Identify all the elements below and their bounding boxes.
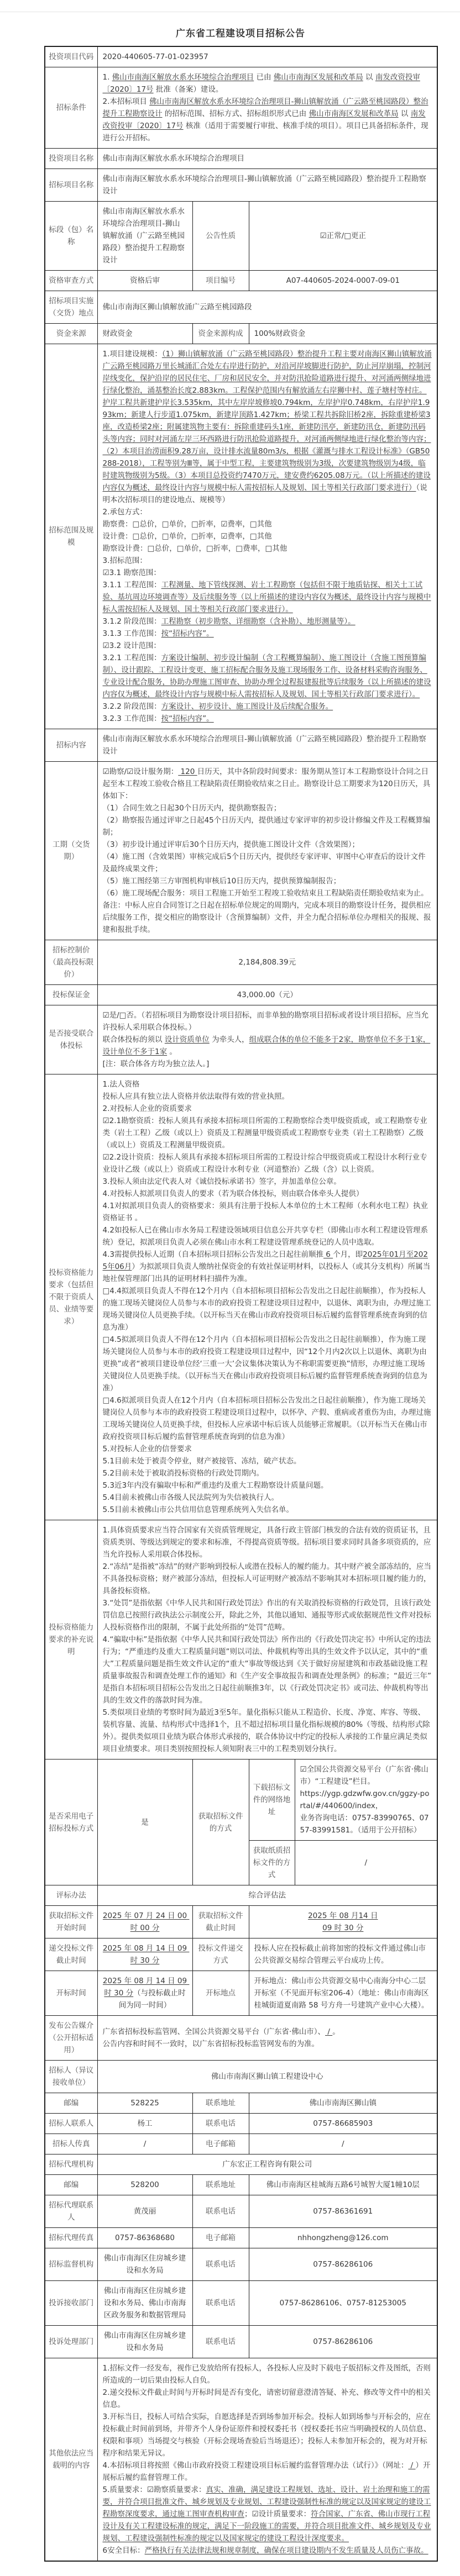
row-doc-obtain-time: 获取招标文件开始时间 2025 年 07 月 24 日 00 时 00 分 获取… [45,1906,437,1938]
tender-conditions-value: 1. 佛山市南海区解放水系水环境综合治理项目 已由 佛山市南海区发展和改革局 以… [97,67,437,149]
tenderer-zip-label: 邮编 [45,2093,97,2114]
electronic-bidding-label: 是否采用电子招标投标方式 [45,1760,97,1885]
tenderer-email-value: / [249,2134,437,2154]
bid-submission-deadline-value: 2025 年 08 月 14 日 09 时 30 分 [97,1938,192,1971]
fund-source-value: 财政资金 [97,324,192,344]
doc-obtain-start-value: 2025 年 07 月 24 日 00 时 00 分 [97,1906,192,1938]
tenderer-value: 佛山市南海区狮山镇工程建设中心 [97,2061,437,2093]
evaluation-method-label: 评标办法 [45,1885,97,1906]
bid-deposit-value: 43,000.00（元） [97,985,437,1005]
capability-supplement-label: 投标资格能力要求的补充说明 [45,1520,97,1760]
row-investment-code: 投资项目代码 2020-440605-77-01-023957 [45,46,437,67]
agency-email-value: nhhongzheng@126.com [249,2228,437,2248]
complaint-handling-phone-value: 0757-86286106 [249,2326,437,2358]
tender-conditions-label: 招标条件 [45,67,97,149]
agency-value: 广东宏正工程咨询有限公司 [97,2154,437,2175]
delivery-location-value: 佛山市南海区狮山镇解放涌广云路至桃园路段 [97,291,437,324]
row-tenderer: 招标人（异议接收单位） 佛山市南海区狮山镇工程建设中心 [45,2061,437,2093]
duration-value: ☑勘察/☑设计服务期： 120 日历天，其中各阶段时间要求：服务期从签订本工程勘… [97,762,437,940]
agency-contact-label: 招标代理联系人 [45,2195,97,2228]
announcement-media-value: 广东省招标投标监管网、全国公共资源交易平台（广东省·佛山市）、 / 。 公告内容… [97,2016,437,2061]
section-name-label: 标段（包）名称 [45,202,97,271]
tenderer-address-label: 联系地址 [192,2093,249,2114]
row-supervisor: 招标监督机构 佛山市南海区住房城乡建设和水务局 联系电话 0757-862861… [45,2248,437,2281]
price-ceiling-value: 2,184,808.39元 [97,940,437,985]
duration-label: 工期（交货期） [45,762,97,940]
bid-submission-deadline-label: 递交投标文件截止时间 [45,1938,97,1971]
complaint-receiving-phone-value: 0757-86286106、0757-81253005 [249,2281,437,2326]
tenderer-address-value: 佛山市南海区狮山镇 [249,2093,437,2114]
tender-scope-value: 1.项目建设规模：（1）狮山镇解放涌（广云路至桃园路段）整治提升工程主要对南海区… [97,344,437,729]
agency-fax-value: 0757-86368680 [97,2228,192,2248]
tenderer-fax-label: 招标人传真 [45,2134,97,2154]
complaint-handling-phone-label: 联系电话 [192,2326,249,2358]
evaluation-method-value: 综合评估法 [97,1885,437,1906]
row-other-contents: 其他依法应当载明的内容 1.招标文件一经发布，视作已发放给所有投标人，各投标人应… [45,2358,437,2562]
delivery-location-label: 招标项目实施（交货）地点 [45,291,97,324]
paper-doc-method-value: / [295,1841,437,1885]
bid-deposit-label: 投标保证金 [45,985,97,1005]
row-tender-conditions: 招标条件 1. 佛山市南海区解放水系水环境综合治理项目 已由 佛山市南海区发展和… [45,67,437,149]
investment-code-value: 2020-440605-77-01-023957 [97,46,437,67]
supervisor-phone-value: 0757-86286106 [249,2248,437,2281]
row-evaluation-method: 评标办法 综合评估法 [45,1885,437,1906]
consortium-label: 是否接受联合体投标 [45,1005,97,1074]
price-ceiling-label: 招标控制价（最高投标限价） [45,940,97,985]
complaint-handling-label: 投诉处理部门 [45,2326,97,2358]
agency-email-label: 电子邮箱 [192,2228,249,2248]
row-tenderer-zip: 邮编 528225 联系地址 佛山市南海区狮山镇 [45,2093,437,2114]
tender-project-name-value: 佛山市南海区解放水系水环境综合治理项目-狮山镇解放涌（广云路至桃园路段）整治提升… [97,169,437,202]
fund-composition-value: 100%财政资金 [249,324,437,344]
supervisor-label: 招标监督机构 [45,2248,97,2281]
investment-code-label: 投资项目代码 [45,46,97,67]
row-capability-supplement: 投标资格能力要求的补充说明 1.具体资质要求应当符合国家有关资质管理规定，具备行… [45,1520,437,1760]
row-agency: 招标代理机构 广东宏正工程咨询有限公司 [45,2154,437,2175]
bid-opening-time-value: 2025 年 08 月 14 日 09 时 30 分（与投标截止时间为同一时间） [97,1971,192,2016]
other-contents-value: 1.招标文件一经发布，视作已发放给所有投标人，各投标人应及时下载电子版招标文件及… [97,2358,437,2562]
paper-doc-method-label: 获取纸质招标文件的方式 [249,1841,295,1885]
tender-project-name-label: 招标项目名称 [45,169,97,202]
row-announcement-media: 发布公告媒介（公开招标适用） 广东省招标投标监管网、全国公共资源交易平台（广东省… [45,2016,437,2061]
agency-zip-value: 528200 [97,2175,192,2195]
row-complaint-receiving: 投诉接收部门 佛山市南海区住房城乡建设和水务局、佛山市南海区政务服务和数据管理局… [45,2281,437,2326]
tenderer-phone-value: 0757-86685903 [249,2114,437,2134]
agency-address-value: 佛山市南海区桂城海五路6号城智大厦1幢10层 [249,2175,437,2195]
notice-nature-value: ☑正常/□更正 [249,202,437,271]
qualification-review-label: 资格审查方式 [45,271,97,291]
agency-phone-value: 0757-86361691 [249,2195,437,2228]
doc-obtain-end-value: 2025 年 08 月14 日 09 时 30 分 [249,1906,437,1938]
tenderer-contact-label: 招标人联系人 [45,2114,97,2134]
doc-obtain-end-label: 获取招标文件截止时间 [192,1906,249,1938]
bidder-capability-value: 1.法人资格 投标人应具有独立法人资格并依法取得有效的营业执照。 2.对投标人企… [97,1074,437,1520]
complaint-receiving-value: 佛山市南海区住房城乡建设和水务局、佛山市南海区政务服务和数据管理局 [97,2281,192,2326]
agency-label: 招标代理机构 [45,2154,97,2175]
row-tender-project-name: 招标项目名称 佛山市南海区解放水系水环境综合治理项目-狮山镇解放涌（广云路至桃园… [45,169,437,202]
bid-opening-time-label: 开标时间 [45,1971,97,2016]
announcement-media-label: 发布公告媒介（公开招标适用） [45,2016,97,2061]
tenderer-label: 招标人（异议接收单位） [45,2061,97,2093]
row-consortium: 是否接受联合体投标 ☑是/□否。（若招标项目为勘察设计项目招标，而非单独的勘察项… [45,1005,437,1074]
row-section-name: 标段（包）名称 佛山市南海区解放水系水环境综合治理项目-狮山镇解放涌（广云路至桃… [45,202,437,271]
row-price-ceiling: 招标控制价（最高投标限价） 2,184,808.39元 [45,940,437,985]
complaint-receiving-label: 投诉接收部门 [45,2281,97,2326]
electronic-bidding-value: 是 [97,1760,192,1885]
doc-download-url-value[interactable]: ☑全国公共资源交易平台（广东省·佛山市）“工程建设”栏目。 https://yg… [295,1760,437,1841]
row-tenderer-contact: 招标人联系人 杨工 联系电话 0757-86685903 [45,2114,437,2134]
row-agency-contact: 招标代理联系人 黄茂丽 联系电话 0757-86361691 [45,2195,437,2228]
tenderer-phone-label: 联系电话 [192,2114,249,2134]
agency-zip-label: 邮编 [45,2175,97,2195]
complaint-handling-value: 佛山市南海区住房城乡建设和水务局 [97,2326,192,2358]
agency-phone-label: 联系电话 [192,2195,249,2228]
bid-submission-method-label: 投标文件递交方式 [192,1938,249,1971]
project-number-value: A07-440605-2024-0007-09-01 [249,271,437,291]
section-name-value: 佛山市南海区解放水系水环境综合治理项目-狮山镇解放涌（广云路至桃园路段）整治提升… [97,202,192,271]
investment-project-name-value: 佛山市南海区解放水系水环境综合治理项目 [97,149,437,169]
bidder-capability-label: 投标资格能力要求（包括但不限于资质人员、业绩等要求） [45,1074,97,1520]
tenderer-zip-value: 528225 [97,2093,192,2114]
supervisor-value: 佛山市南海区住房城乡建设和水务局 [97,2248,192,2281]
bid-opening-place-label: 开标地点 [192,1971,249,2016]
row-bid-deposit: 投标保证金 43,000.00（元） [45,985,437,1005]
other-contents-label: 其他依法应当载明的内容 [45,2358,97,2562]
doc-download-url-label: 下载招标文件的网络地址 [249,1760,295,1841]
row-tender-content: 招标内容 佛山市南海区解放水系水环境综合治理项目-狮山镇解放涌（广云路至桃园路段… [45,729,437,762]
row-fund-source: 资金来源 财政资金 资金来源构成 100%财政资金 [45,324,437,344]
consortium-value: ☑是/□否。（若招标项目为勘察设计项目招标，而非单独的勘察项目招标或者设计项目招… [97,1005,437,1074]
row-bid-submission: 递交投标文件截止时间 2025 年 08 月 14 日 09 时 30 分 投标… [45,1938,437,1971]
row-complaint-handling: 投诉处理部门 佛山市南海区住房城乡建设和水务局 联系电话 0757-862861… [45,2326,437,2358]
agency-address-label: 联系地址 [192,2175,249,2195]
capability-supplement-value: 1.具体资质要求应当符合国家有关资质管理规定，具备行政主管部门核发的合法有效的资… [97,1520,437,1760]
agency-fax-label: 招标代理传真 [45,2228,97,2248]
fund-composition-label: 资金来源构成 [192,324,249,344]
row-agency-zip: 邮编 528200 联系地址 佛山市南海区桂城海五路6号城智大厦1幢10层 [45,2175,437,2195]
doc-obtain-method-label: 获取招标文件的方式 [192,1760,249,1885]
complaint-receiving-phone-label: 联系电话 [192,2281,249,2326]
tender-content-value: 佛山市南海区解放水系水环境综合治理项目-狮山镇解放涌（广云路至桃园路段）整治提升… [97,729,437,762]
fund-source-label: 资金来源 [45,324,97,344]
announcement-page: 广东省工程建设项目招标公告 投资项目代码 2020-440605-77-01-0… [44,25,437,2562]
row-bid-opening: 开标时间 2025 年 08 月 14 日 09 时 30 分（与投标截止时间为… [45,1971,437,2016]
tenderer-email-label: 电子邮箱 [192,2134,249,2154]
row-electronic-bidding: 是否采用电子招标投标方式 是 获取招标文件的方式 下载招标文件的网络地址 ☑全国… [45,1760,437,1841]
investment-project-name-label: 投资项目名称 [45,149,97,169]
project-number-label: 项目编号 [192,271,249,291]
bid-opening-place-value: 开标地点：佛山市公共资源交易中心南海分中心二层开标室（不见面开标室206-4）（… [249,1971,437,2016]
row-agency-fax: 招标代理传真 0757-86368680 电子邮箱 nhhongzheng@12… [45,2228,437,2248]
tender-content-label: 招标内容 [45,729,97,762]
agency-contact-value: 黄茂丽 [97,2195,192,2228]
page-top-divider [0,0,460,12]
notice-nature-label: 公告性质 [192,202,249,271]
row-tenderer-fax: 招标人传真 / 电子邮箱 / [45,2134,437,2154]
tenderer-contact-value: 杨工 [97,2114,192,2134]
bid-submission-method-value: 投标人应在投标截止前将加密的投标文件通过佛山市公共资源交易综合管理云平台成功上传… [249,1938,437,1971]
tenderer-fax-value: / [97,2134,192,2154]
row-delivery-location: 招标项目实施（交货）地点 佛山市南海区狮山镇解放涌广云路至桃园路段 [45,291,437,324]
doc-obtain-start-label: 获取招标文件开始时间 [45,1906,97,1938]
row-duration: 工期（交货期） ☑勘察/☑设计服务期： 120 日历天，其中各阶段时间要求：服务… [45,762,437,940]
page-title: 广东省工程建设项目招标公告 [44,25,437,39]
row-bidder-capability: 投标资格能力要求（包括但不限于资质人员、业绩等要求） 1.法人资格 投标人应具有… [45,1074,437,1520]
tender-notice-table: 投资项目代码 2020-440605-77-01-023957 招标条件 1. … [44,46,438,2562]
row-investment-project-name: 投资项目名称 佛山市南海区解放水系水环境综合治理项目 [45,149,437,169]
row-qualification-review: 资格审查方式 资格后审 项目编号 A07-440605-2024-0007-09… [45,271,437,291]
supervisor-phone-label: 联系电话 [192,2248,249,2281]
row-tender-scope: 招标范围及规模 1.项目建设规模：（1）狮山镇解放涌（广云路至桃园路段）整治提升… [45,344,437,729]
tender-scope-label: 招标范围及规模 [45,344,97,729]
qualification-review-value: 资格后审 [97,271,192,291]
